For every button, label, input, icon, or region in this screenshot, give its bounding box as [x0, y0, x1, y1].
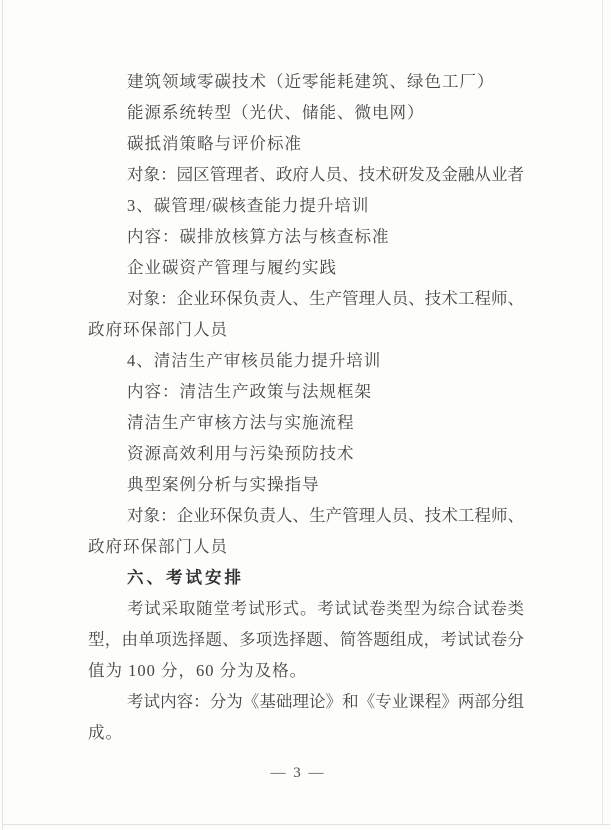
scan-edge-right — [602, 0, 603, 826]
document-line: 4、清洁生产审核员能力提升培训 — [88, 345, 524, 376]
section-heading-exam-arrangement: 六、考试安排 — [88, 562, 524, 593]
document-body: 建筑领域零碳技术（近零能耗建筑、绿色工厂） 能源系统转型（光伏、储能、微电网） … — [88, 66, 524, 748]
document-line: 能源系统转型（光伏、储能、微电网） — [88, 97, 524, 128]
document-line: 政府环保部门人员 — [88, 531, 524, 562]
document-line: 对象：园区管理者、政府人员、技术研发及金融从业者 — [88, 159, 524, 190]
document-line: 内容：清洁生产政策与法规框架 — [88, 376, 524, 407]
document-line: 清洁生产审核方法与实施流程 — [88, 407, 524, 438]
document-line: 对象：企业环保负责人、生产管理人员、技术工程师、 — [88, 283, 524, 314]
document-line: 考试采取随堂考试形式。考试试卷类型为综合试卷类 — [88, 593, 524, 624]
page-footer: — 3 — — [0, 762, 596, 784]
document-line: 资源高效利用与污染预防技术 — [88, 438, 524, 469]
document-line: 成。 — [88, 717, 524, 748]
scan-edge-bottom — [2, 824, 610, 825]
document-line: 考试内容：分为《基础理论》和《专业课程》两部分组 — [88, 686, 524, 717]
document-line: 内容：碳排放核算方法与核查标准 — [88, 221, 524, 252]
scanned-document-page: 建筑领域零碳技术（近零能耗建筑、绿色工厂） 能源系统转型（光伏、储能、微电网） … — [0, 0, 611, 830]
document-line: 对象：企业环保负责人、生产管理人员、技术工程师、 — [88, 500, 524, 531]
document-line: 政府环保部门人员 — [88, 314, 524, 345]
document-line: 型，由单项选择题、多项选择题、简答题组成，考试试卷分 — [88, 624, 524, 655]
document-line: 建筑领域零碳技术（近零能耗建筑、绿色工厂） — [88, 66, 524, 97]
document-line: 碳抵消策略与评价标准 — [88, 128, 524, 159]
document-line: 典型案例分析与实操指导 — [88, 469, 524, 500]
scan-edge-left — [2, 0, 3, 830]
document-line: 3、碳管理/碳核查能力提升培训 — [88, 190, 524, 221]
page-number: — 3 — — [271, 765, 326, 781]
document-line: 值为 100 分，60 分为及格。 — [88, 655, 524, 686]
document-line: 企业碳资产管理与履约实践 — [88, 252, 524, 283]
